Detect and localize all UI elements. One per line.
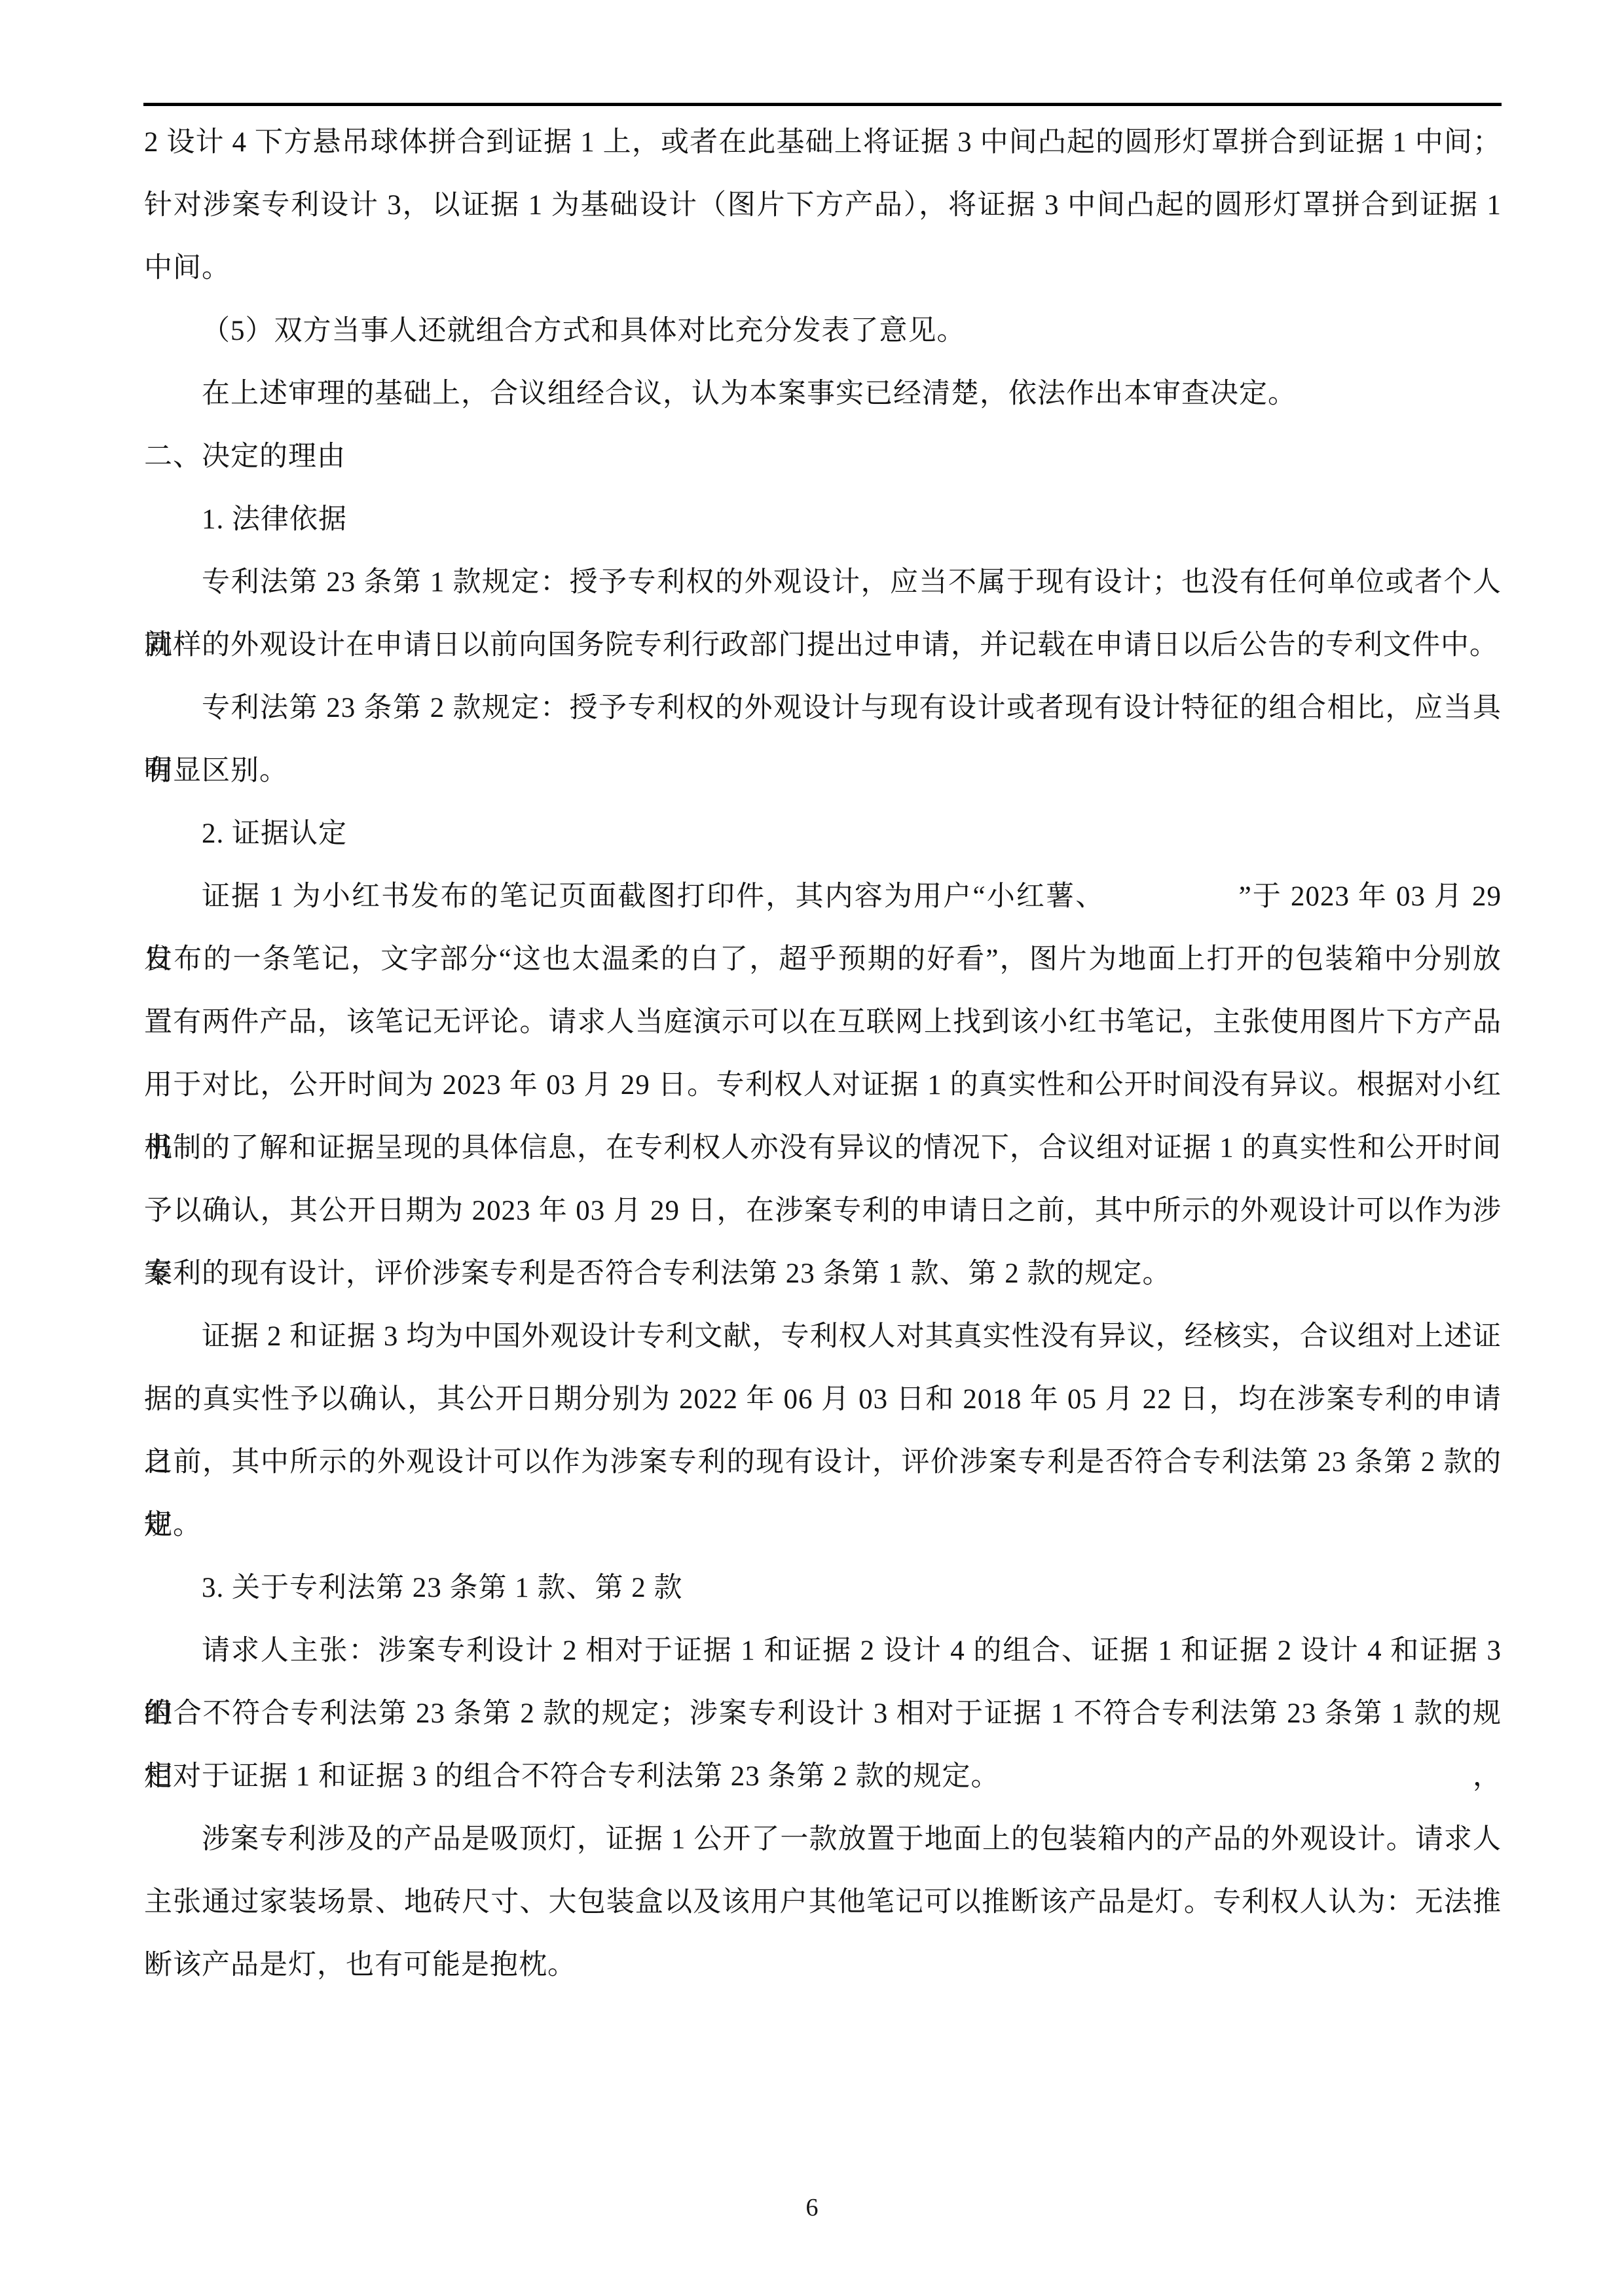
text-line: 证据 1 为小红书发布的笔记页面截图打印件，其内容为用户“小红薯、 ”于 202…: [144, 866, 1502, 928]
text-line: 2 设计 4 下方悬吊球体拼合到证据 1 上，或者在此基础上将证据 3 中间凸起…: [144, 111, 1502, 174]
text-line: 专利的现有设计，评价涉案专利是否符合专利法第 23 条第 1 款、第 2 款的规…: [144, 1243, 1502, 1305]
text-line: 专利法第 23 条第 1 款规定：授予专利权的外观设计，应当不属于现有设计；也没…: [144, 551, 1502, 614]
text-line: 予以确认，其公开日期为 2023 年 03 月 29 日，在涉案专利的申请日之前…: [144, 1180, 1502, 1243]
text-line: 针对涉案专利设计 3，以证据 1 为基础设计（图片下方产品），将证据 3 中间凸…: [144, 174, 1502, 237]
text-line: 二、决定的理由: [144, 426, 1502, 488]
text-line: 机制的了解和证据呈现的具体信息，在专利权人亦没有异议的情况下，合议组对证据 1 …: [144, 1117, 1502, 1180]
text-line: 同样的外观设计在申请日以前向国务院专利行政部门提出过申请，并记载在申请日以后公告…: [144, 614, 1502, 677]
text-line: 1. 法律依据: [144, 488, 1502, 551]
text-line: 专利法第 23 条第 2 款规定：授予专利权的外观设计与现有设计或者现有设计特征…: [144, 677, 1502, 740]
text-line: 明显区别。: [144, 740, 1502, 803]
text-line: 涉案专利涉及的产品是吸顶灯，证据 1 公开了一款放置于地面上的包装箱内的产品的外…: [144, 1808, 1502, 1871]
text-line: 置有两件产品，该笔记无评论。请求人当庭演示可以在互联网上找到该小红书笔记，主张使…: [144, 991, 1502, 1054]
text-line: 组合不符合专利法第 23 条第 2 款的规定；涉案专利设计 3 相对于证据 1 …: [144, 1683, 1502, 1745]
document-body: 2 设计 4 下方悬吊球体拼合到证据 1 上，或者在此基础上将证据 3 中间凸起…: [144, 111, 1502, 1997]
text-line: 证据 2 和证据 3 均为中国外观设计专利文献，专利权人对其真实性没有异议，经核…: [144, 1305, 1502, 1368]
text-line: 用于对比，公开时间为 2023 年 03 月 29 日。专利权人对证据 1 的真…: [144, 1054, 1502, 1117]
text-line: 发布的一条笔记，文字部分“这也太温柔的白了，超乎预期的好看”，图片为地面上打开的…: [144, 928, 1502, 991]
text-line: 2. 证据认定: [144, 803, 1502, 866]
text-line: 断该产品是灯，也有可能是抱枕。: [144, 1934, 1502, 1997]
text-line: 据的真实性予以确认，其公开日期分别为 2022 年 06 月 03 日和 201…: [144, 1368, 1502, 1431]
document-page: 2 设计 4 下方悬吊球体拼合到证据 1 上，或者在此基础上将证据 3 中间凸起…: [0, 0, 1624, 2296]
text-line: 请求人主张：涉案专利设计 2 相对于证据 1 和证据 2 设计 4 的组合、证据…: [144, 1620, 1502, 1683]
page-number: 6: [0, 2193, 1624, 2222]
text-line: 定。: [144, 1494, 1502, 1557]
text-line: 中间。: [144, 237, 1502, 300]
text-line: 在上述审理的基础上，合议组经合议，认为本案事实已经清楚，依法作出本审查决定。: [144, 363, 1502, 426]
header-divider-rule: [143, 103, 1502, 106]
text-line: 主张通过家装场景、地砖尺寸、大包装盒以及该用户其他笔记可以推断该产品是灯。专利权…: [144, 1871, 1502, 1934]
text-line: 之前，其中所示的外观设计可以作为涉案专利的现有设计，评价涉案专利是否符合专利法第…: [144, 1431, 1502, 1494]
text-line: 3. 关于专利法第 23 条第 1 款、第 2 款: [144, 1557, 1502, 1620]
text-line: （5）双方当事人还就组合方式和具体对比充分发表了意见。: [144, 300, 1502, 363]
